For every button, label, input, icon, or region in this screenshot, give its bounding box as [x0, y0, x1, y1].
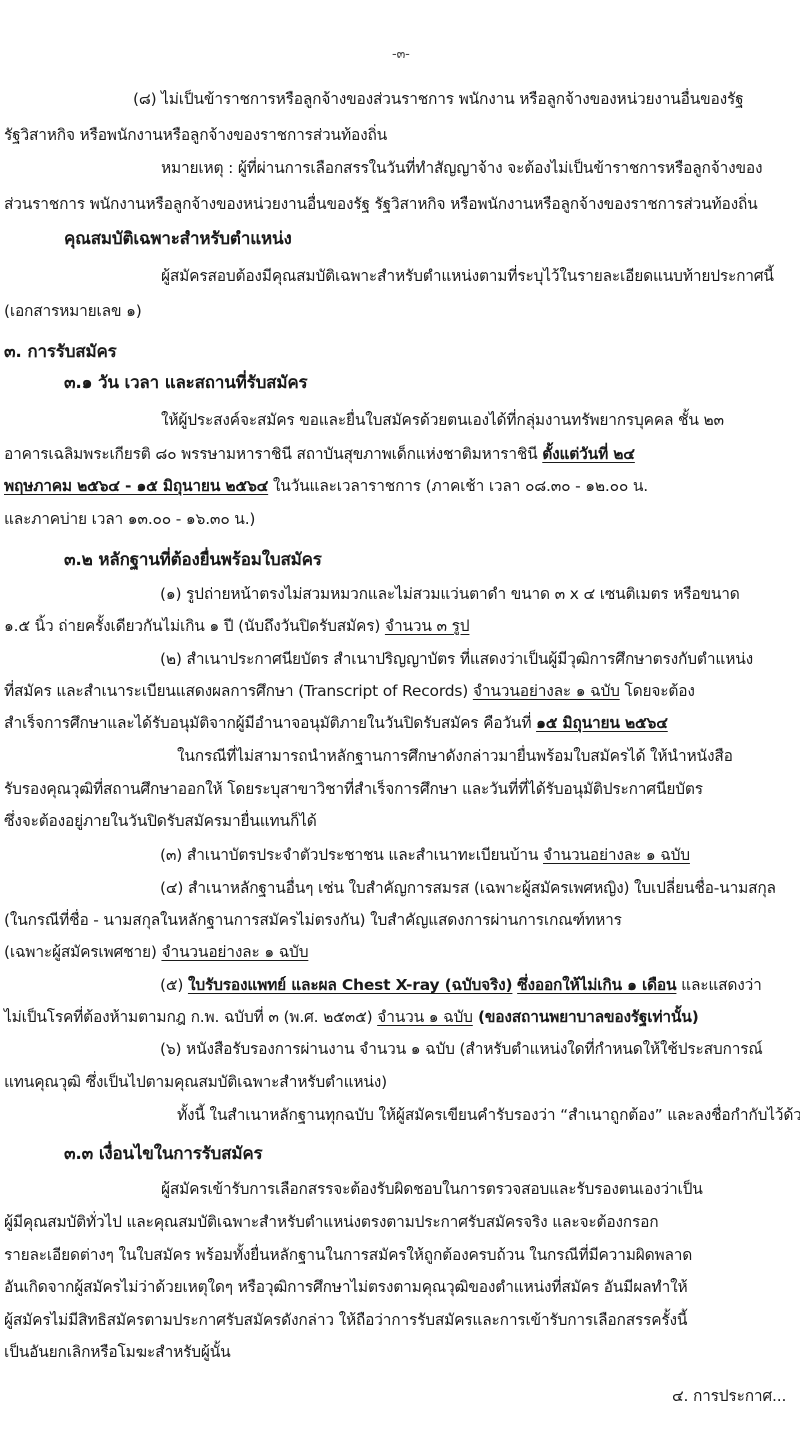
- specific-qualifications-line2: (เอกสารหมายเลข ๑): [4, 300, 142, 322]
- doc-item5-tail: และแสดงว่า: [676, 976, 761, 994]
- item8-note-line2: ส่วนราชการ พนักงานหรือลูกจ้างของหน่วยงาน…: [4, 193, 758, 215]
- doc-item1-line1: (๑) รูปถ่ายหน้าตรงไม่สวมหมวกและไม่สวมแว่…: [160, 583, 740, 605]
- doc-item4-line3: (เฉพาะผู้สมัครเพศชาย) จำนวนอย่างละ ๑ ฉบั…: [4, 941, 308, 963]
- item8-line1: (๘) ไม่เป็นข้าราชการหรือลูกจ้างของส่วนรา…: [133, 88, 743, 110]
- section32-heading: ๓.๒ หลักฐานที่ต้องยื่นพร้อมใบสมัคร: [64, 549, 322, 571]
- section31-heading: ๓.๑ วัน เวลา และสถานที่รับสมัคร: [64, 372, 307, 394]
- section3-heading: ๓. การรับสมัคร: [4, 341, 117, 363]
- doc-item1-line2: ๑.๕ นิ้ว ถ่ายครั้งเดียวกันไม่เกิน ๑ ปี (…: [4, 615, 469, 637]
- section31-line3-text: ในวันและเวลาราชการ (ภาคเช้า เวลา ๐๘.๓๐ -…: [268, 477, 648, 495]
- section33-line5: ผู้สมัครไม่มีสิทธิสมัครตามประกาศรับสมัคร…: [4, 1309, 687, 1331]
- section33-line1: ผู้สมัครเข้ารับการเลือกสรรจะต้องรับผิดชอ…: [161, 1178, 703, 1200]
- doc-item4-line2: (ในกรณีที่ชื่อ - นามสกุลในหลักฐานการสมัค…: [4, 909, 622, 931]
- doc-item5-line2-text: ไม่เป็นโรคที่ต้องห้ามตามกฎ ก.พ. ฉบับที่ …: [4, 1008, 377, 1026]
- specific-qualifications-line1: ผู้สมัครสอบต้องมีคุณสมบัติเฉพาะสำหรับตำแ…: [161, 265, 774, 287]
- doc-item4-line3-text: (เฉพาะผู้สมัครเพศชาย): [4, 943, 161, 961]
- specific-qualifications-heading: คุณสมบัติเฉพาะสำหรับตำแหน่ง: [64, 228, 292, 250]
- section31-line3: พฤษภาคม ๒๕๖๔ - ๑๕ มิถุนายน ๒๕๖๔ ในวันและ…: [4, 475, 648, 497]
- continuation-marker: ๔. การประกาศ...: [672, 1385, 786, 1407]
- document-page: -๓- (๘) ไม่เป็นข้าราชการหรือลูกจ้างของส่…: [0, 0, 800, 1449]
- doc-item6-line2: แทนคุณวุฒิ ซึ่งเป็นไปตามคุณสมบัติเฉพาะสำ…: [4, 1071, 387, 1093]
- certify-copy-note: ทั้งนี้ ในสำเนาหลักฐานทุกฉบับ ให้ผู้สมัค…: [177, 1104, 800, 1126]
- state-hospital-only: (ของสถานพยาบาลของรัฐเท่านั้น): [473, 1008, 699, 1026]
- section33-heading: ๓.๓ เงื่อนไขในการรับสมัคร: [64, 1143, 262, 1165]
- doc-item3-text: (๓) สำเนาบัตรประจำตัวประชาชน และสำเนาทะเ…: [160, 846, 543, 864]
- doc-item2-line2-tail: โดยจะต้อง: [620, 682, 695, 700]
- doc-item2-line1: (๒) สำเนาประกาศนียบัตร สำเนาปริญญาบัตร ท…: [160, 648, 753, 670]
- doc-item2-note-line2: รับรองคุณวุฒิที่สถานศึกษาออกให้ โดยระบุส…: [4, 778, 703, 800]
- doc-item2-line3: สำเร็จการศึกษาและได้รับอนุมัติจากผู้มีอำ…: [4, 712, 668, 734]
- doc-item2-line3-text: สำเร็จการศึกษาและได้รับอนุมัติจากผู้มีอำ…: [4, 714, 536, 732]
- section33-line6: เป็นอันยกเลิกหรือโมฆะสำหรับผู้นั้น: [4, 1341, 231, 1363]
- doc-item2-line2-text: ที่สมัคร และสำเนาระเบียนแสดงผลการศึกษา (…: [4, 682, 473, 700]
- item8-note-line1: หมายเหตุ : ผู้ที่ผ่านการเลือกสรรในวันที่…: [161, 157, 762, 179]
- application-start-date: ตั้งแต่วันที่ ๒๔: [542, 445, 635, 463]
- photo-quantity: จำนวน ๓ รูป: [385, 617, 470, 635]
- other-docs-quantity: จำนวนอย่างละ ๑ ฉบับ: [161, 943, 308, 961]
- doc-item2-note-line3: ซึ่งจะต้องอยู่ภายในวันปิดรับสมัครมายื่นแ…: [4, 810, 317, 832]
- doc-item2-line2: ที่สมัคร และสำเนาระเบียนแสดงผลการศึกษา (…: [4, 680, 695, 702]
- doc-item1-line2-text: ๑.๕ นิ้ว ถ่ายครั้งเดียวกันไม่เกิน ๑ ปี (…: [4, 617, 385, 635]
- id-card-quantity: จำนวนอย่างละ ๑ ฉบับ: [543, 846, 690, 864]
- doc-item6-line1: (๖) หนังสือรับรองการผ่านงาน จำนวน ๑ ฉบับ…: [160, 1038, 763, 1060]
- medical-certificate: ใบรับรองแพทย์ และผล Chest X-ray (ฉบับจริ…: [188, 976, 512, 994]
- medical-quantity: จำนวน ๑ ฉบับ: [377, 1008, 473, 1026]
- section31-line1: ให้ผู้ประสงค์จะสมัคร ขอและยื่นใบสมัครด้ว…: [161, 409, 724, 431]
- section31-line2: อาคารเฉลิมพระเกียรติ ๘๐ พรรษามหาราชินี ส…: [4, 443, 635, 465]
- medical-validity: ซึ่งออกให้ไม่เกิน ๑ เดือน: [517, 976, 676, 994]
- page-number: -๓-: [392, 44, 410, 66]
- section33-line4: อันเกิดจากผู้สมัครไม่ว่าด้วยเหตุใดๆ หรือ…: [4, 1276, 687, 1298]
- application-date-range: พฤษภาคม ๒๕๖๔ - ๑๕ มิถุนายน ๒๕๖๔: [4, 477, 268, 495]
- doc-item5-num: (๕): [160, 976, 188, 994]
- closing-date: ๑๕ มิถุนายน ๒๕๖๔: [536, 714, 668, 732]
- doc-item2-note-line1: ในกรณีที่ไม่สามารถนำหลักฐานการศึกษาดังกล…: [177, 745, 733, 767]
- doc-item3: (๓) สำเนาบัตรประจำตัวประชาชน และสำเนาทะเ…: [160, 844, 690, 866]
- doc-item5-line1: (๕) ใบรับรองแพทย์ และผล Chest X-ray (ฉบั…: [160, 974, 762, 996]
- doc-item5-line2: ไม่เป็นโรคที่ต้องห้ามตามกฎ ก.พ. ฉบับที่ …: [4, 1006, 699, 1028]
- section31-line2-text: อาคารเฉลิมพระเกียรติ ๘๐ พรรษามหาราชินี ส…: [4, 445, 542, 463]
- section33-line2: ผู้มีคุณสมบัติทั่วไป และคุณสมบัติเฉพาะสำ…: [4, 1211, 658, 1233]
- transcript-quantity: จำนวนอย่างละ ๑ ฉบับ: [473, 682, 620, 700]
- section31-line4: และภาคบ่าย เวลา ๑๓.๐๐ - ๑๖.๓๐ น.): [4, 508, 255, 530]
- item8-line2: รัฐวิสาหกิจ หรือพนักงานหรือลูกจ้างของราช…: [4, 124, 387, 146]
- doc-item4-line1: (๔) สำเนาหลักฐานอื่นๆ เช่น ใบสำคัญการสมร…: [160, 877, 776, 899]
- section33-line3: รายละเอียดต่างๆ ในใบสมัคร พร้อมทั้งยื่นห…: [4, 1244, 692, 1266]
